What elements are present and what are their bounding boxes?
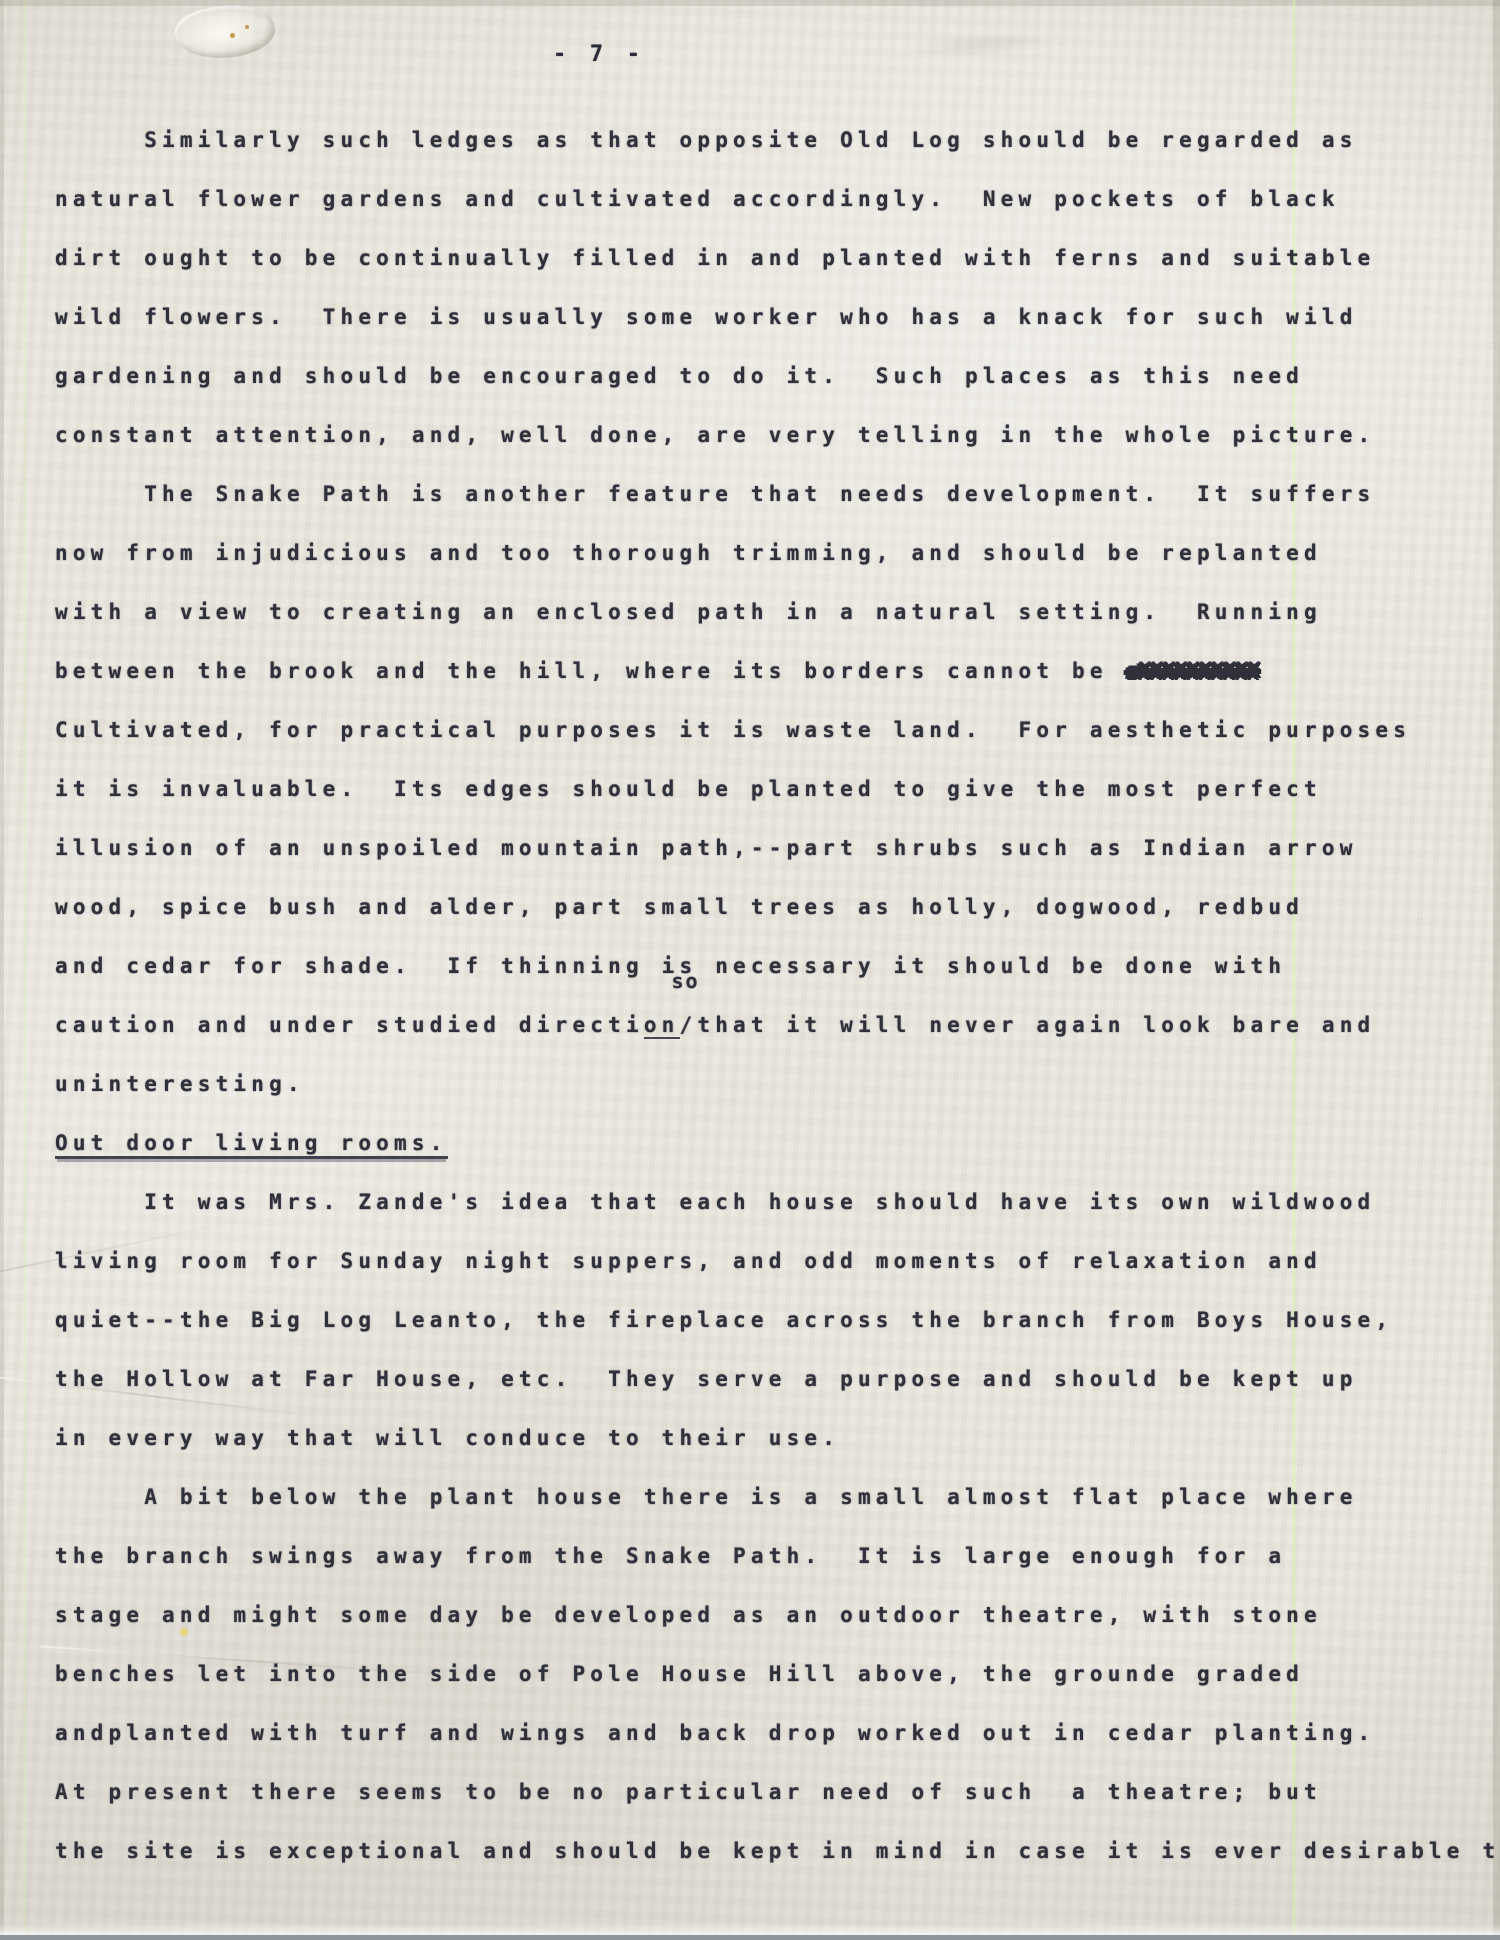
typewritten-page: - 7 - Similarly such ledges as that oppo… <box>0 0 1500 1940</box>
text-line: and cedar for shade. If thinning is nece… <box>55 937 1500 996</box>
struck-out-word: zXXXXXXXXXX <box>1126 659 1260 683</box>
paper-bottom-band <box>0 1923 1500 1935</box>
text-line: dirt ought to be continually filled in a… <box>55 229 1500 288</box>
inserted-correction: /so <box>680 996 698 1055</box>
text-line: it is invaluable. Its edges should be pl… <box>55 760 1500 819</box>
rust-speck <box>230 33 235 38</box>
scanner-line-left <box>23 0 26 1940</box>
text-line: The Snake Path is another feature that n… <box>55 465 1500 524</box>
text-line: living room for Sunday night suppers, an… <box>55 1232 1500 1291</box>
paper-left-edge <box>0 0 4 1940</box>
page-number: - 7 - <box>553 42 645 67</box>
text-line: A bit below the plant house there is a s… <box>55 1468 1500 1527</box>
text-line: constant attention, and, well done, are … <box>55 406 1500 465</box>
paper-tear <box>172 0 278 65</box>
typewritten-text: Similarly such ledges as that opposite O… <box>55 111 1500 1881</box>
text-line: natural flower gardens and cultivated ac… <box>55 170 1500 229</box>
text-line: the site is exceptional and should be ke… <box>55 1822 1500 1881</box>
text-line: illusion of an unspoiled mountain path,-… <box>55 819 1500 878</box>
text-line: quiet--the Big Log Leanto, the fireplace… <box>55 1291 1500 1350</box>
inserted-word: so <box>672 971 700 991</box>
text-line: At present there seems to be no particul… <box>55 1763 1500 1822</box>
text-line: the branch swings away from the Snake Pa… <box>55 1527 1500 1586</box>
text-line: the Hollow at Far House, etc. They serve… <box>55 1350 1500 1409</box>
rust-speck <box>245 25 249 29</box>
text-line: It was Mrs. Zande's idea that each house… <box>55 1173 1500 1232</box>
text-line: gardening and should be encouraged to do… <box>55 347 1500 406</box>
scan-bottom-edge <box>0 1935 1500 1940</box>
text-line: with a view to creating an enclosed path… <box>55 583 1500 642</box>
text-line: Similarly such ledges as that opposite O… <box>55 111 1500 170</box>
text-line: now from injudicious and too thorough tr… <box>55 524 1500 583</box>
text-line: wood, spice bush and alder, part small t… <box>55 878 1500 937</box>
section-heading: Out door living rooms. <box>55 1114 1500 1173</box>
text-line: in every way that will conduce to their … <box>55 1409 1500 1468</box>
text-line: benches let into the side of Pole House … <box>55 1645 1500 1704</box>
text-line: caution and under studied direction/soth… <box>55 996 1500 1055</box>
paper-smudge <box>889 24 1071 66</box>
text-line: andplanted with turf and wings and back … <box>55 1704 1500 1763</box>
text-line: uninteresting. <box>55 1055 1500 1114</box>
text-line: wild flowers. There is usually some work… <box>55 288 1500 347</box>
text-line: stage and might some day be developed as… <box>55 1586 1500 1645</box>
text-line: Cultivated, for practical purposes it is… <box>55 701 1500 760</box>
text-line: between the brook and the hill, where it… <box>55 642 1500 701</box>
